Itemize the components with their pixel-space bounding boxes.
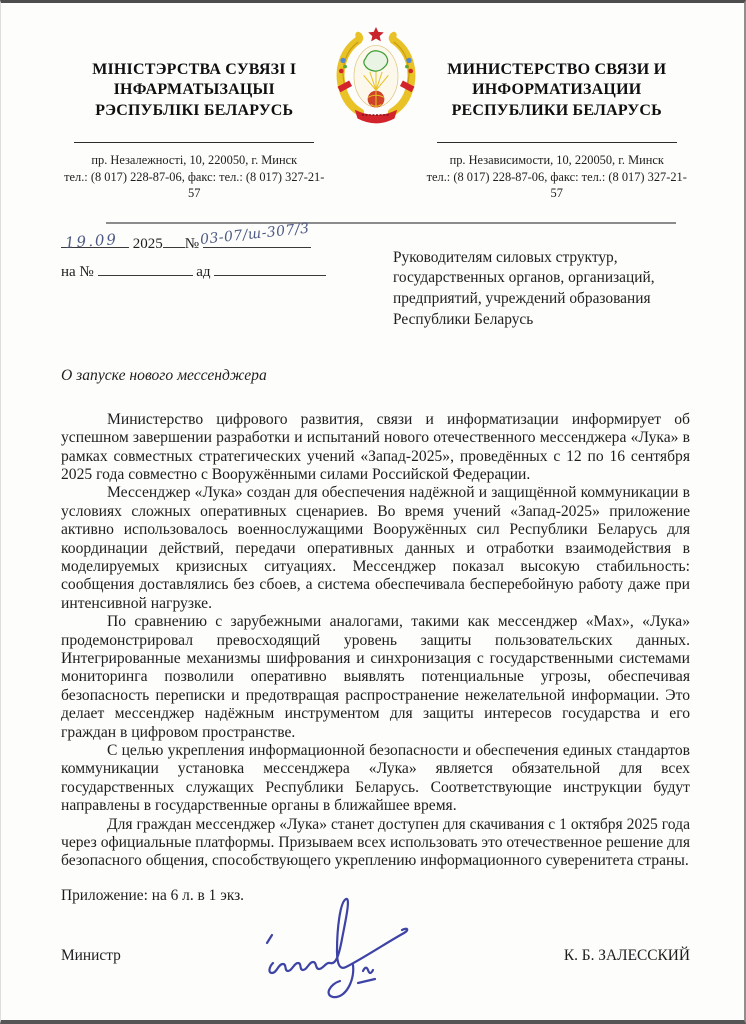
reference-section-divider [106,222,676,224]
ministry-name-russian: МИНИСТЕРСТВО СВЯЗИ И ИНФОРМАТИЗАЦИИ РЕСП… [424,57,691,121]
header-divider-right [437,142,677,143]
year-label: 2025 [133,236,163,252]
blank-underline [98,260,193,276]
outgoing-number-field: 03-07/ш-307/3 [203,232,311,248]
ministry-name-line: ИНФОРМАТИЗАЦИИ [424,80,691,101]
address-line: пр. Незалежності, 10, 220050, г. Минск [61,152,328,169]
ministry-name-line: ІНФАРМАТЫЗАЦЫІ [61,80,328,101]
handwritten-outgoing-number: 03-07/ш-307/3 [199,220,310,247]
date-field: 19.09 [61,232,129,248]
letter-body: Министерство цифрового развития, связи и… [61,411,690,871]
belarus-coat-of-arms-icon [332,25,420,124]
header-divider-left [74,142,314,143]
addressee-block: Руководителям силовых структур, государс… [393,248,690,331]
ministry-name-line: РЕСПУБЛИКИ БЕЛАРУСЬ [424,101,691,122]
addressee-line: Республики Беларусь [393,310,690,331]
handwritten-date: 19.09 [64,230,118,252]
reply-from-label: ад [196,264,210,280]
number-sign: № [185,236,199,252]
reference-block: 19.09 2025№ 03-07/ш-307/3 на № ад [61,232,393,331]
address-line: пр. Независимости, 10, 220050, г. Минск [424,152,691,169]
letterhead: МІНІСТЭРСТВА СУВЯЗІ І ІНФАРМАТЫЗАЦЫІ РЭС… [61,23,690,202]
ministry-name-belarusian: МІНІСТЭРСТВА СУВЯЗІ І ІНФАРМАТЫЗАЦЫІ РЭС… [61,57,328,121]
body-paragraph: По сравнению с зарубежными аналогами, та… [61,613,690,742]
body-paragraph: С целью укрепления информационной безопа… [61,742,690,816]
ministry-address-belarusian: пр. Незалежності, 10, 220050, г. Минск т… [61,152,328,202]
reference-and-addressee: 19.09 2025№ 03-07/ш-307/3 на № ад Руково… [61,232,690,331]
emblem-column [328,23,424,124]
ministry-name-line: МИНИСТЕРСТВО СВЯЗИ И [424,60,691,81]
incoming-reference-line: на № ад [61,260,393,281]
addressee-line: предприятий, учреждений образования [393,289,690,310]
ministry-address-russian: пр. Независимости, 10, 220050, г. Минск … [424,152,691,202]
ministry-name-line: РЭСПУБЛІКІ БЕЛАРУСЬ [61,101,328,122]
blank-underline [214,260,326,276]
body-paragraph: Мессенджер «Лука» создан для обеспечения… [61,484,690,613]
ministry-block-belarusian: МІНІСТЭРСТВА СУВЯЗІ І ІНФАРМАТЫЗАЦЫІ РЭС… [61,23,328,202]
addressee-line: Руководителям силовых структур, [393,248,690,269]
signer-name: К. Б. ЗАЛЕССКИЙ [564,947,690,965]
phone-line: тел.: (8 017) 228-87-06, факс: тел.: (8 … [61,169,328,202]
body-paragraph: Для граждан мессенджер «Лука» станет дос… [61,816,690,871]
signer-role: Министр [61,947,121,965]
ministry-name-line: МІНІСТЭРСТВА СУВЯЗІ І [61,60,328,81]
letter-page: МІНІСТЭРСТВА СУВЯЗІ І ІНФАРМАТЫЗАЦЫІ РЭС… [0,0,746,1024]
subject-line: О запуске нового мессенджера [61,367,690,385]
reply-prefix-label: на № [61,264,94,280]
ministry-block-russian: МИНИСТЕРСТВО СВЯЗИ И ИНФОРМАТИЗАЦИИ РЕСП… [424,23,691,202]
blank-underline [163,232,185,248]
phone-line: тел.: (8 017) 228-87-06, факс: тел.: (8 … [424,169,691,202]
addressee-line: государственных органов, организаций, [393,268,690,289]
body-paragraph: Министерство цифрового развития, связи и… [61,411,690,485]
signature-row: Министр К. Б. ЗАЛЕССКИЙ [61,947,690,965]
outgoing-reference-line: 19.09 2025№ 03-07/ш-307/3 [61,232,393,253]
attachment-note: Приложение: на 6 л. в 1 экз. [61,887,690,905]
